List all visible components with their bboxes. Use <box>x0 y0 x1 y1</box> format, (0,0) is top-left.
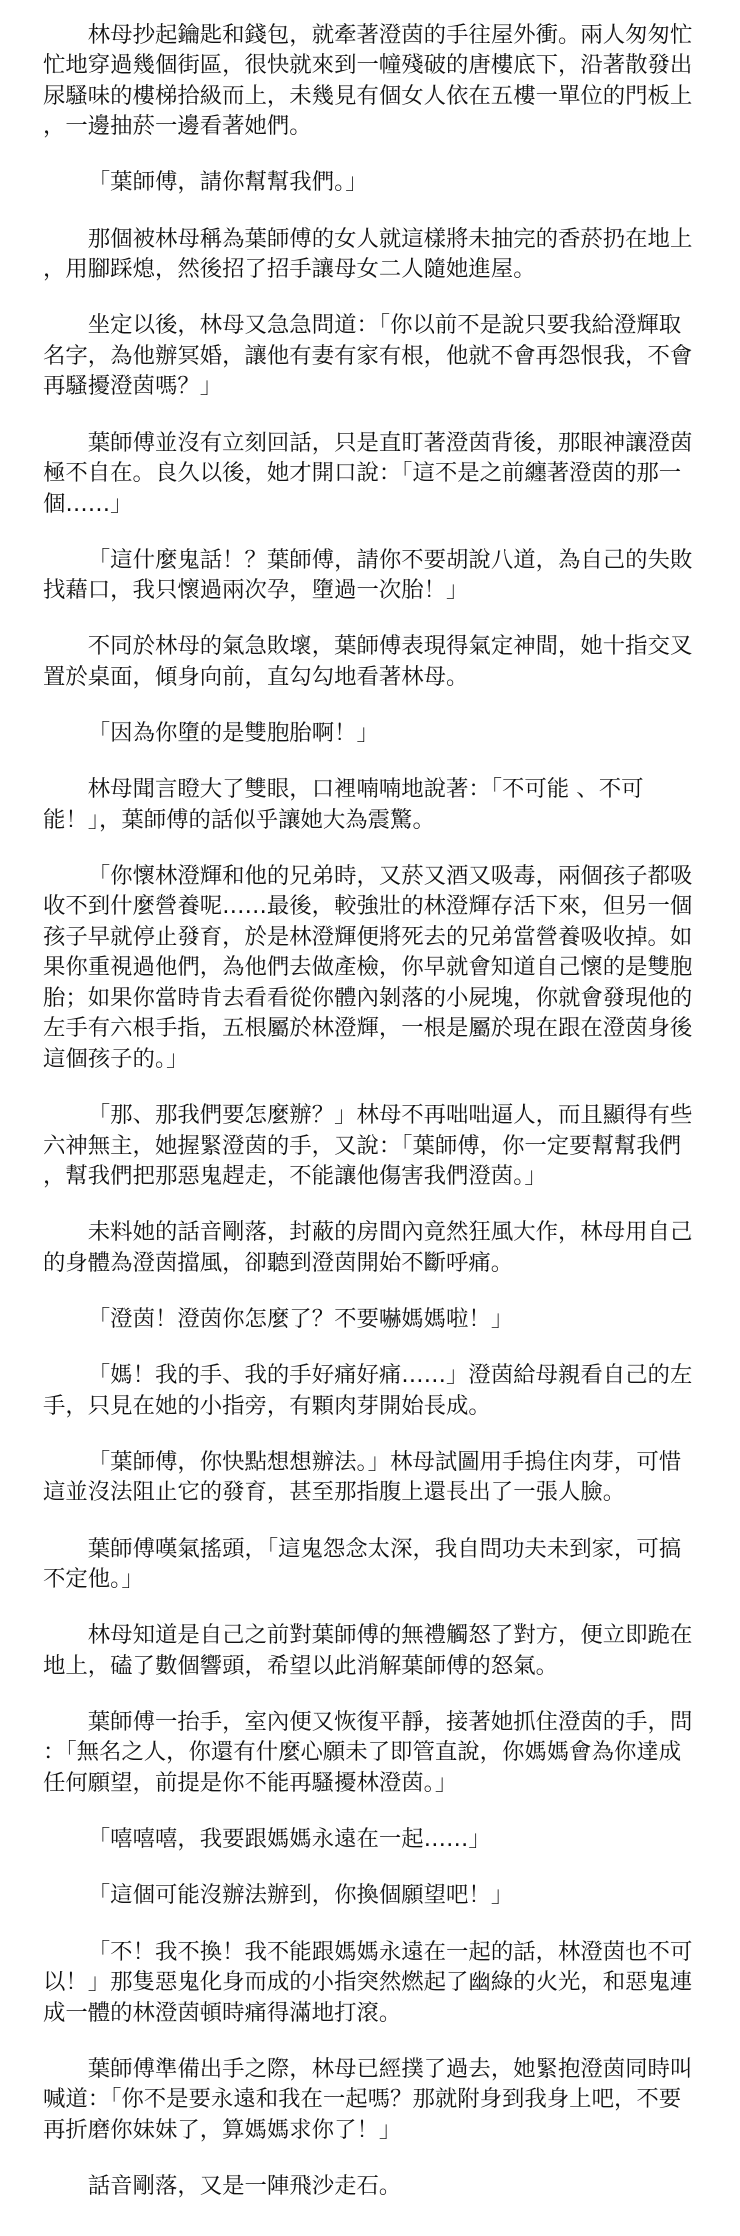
paragraph: 不同於林母的氣急敗壞，葉師傅表現得氣定神間，她十指交叉 置於桌面，傾身向前，直勾… <box>43 631 703 692</box>
paragraph: 「媽！我的手、我的手好痛好痛……」澄茵給母親看自己的左 手，只見在她的小指旁，有… <box>43 1360 703 1421</box>
text-line: 手，只見在她的小指旁，有顆肉芽開始長成。 <box>43 1391 703 1422</box>
text-line: 那個被林母稱為葉師傅的女人就這樣將未抽完的香菸扔在地上 <box>43 224 703 255</box>
paragraph: 「因為你墮的是雙胞胎啊！」 <box>43 718 703 749</box>
paragraph: 未料她的話音剛落，封蔽的房間內竟然狂風大作，林母用自己 的身體為澄茵擋風，卻聽到… <box>43 1217 703 1278</box>
text-line: 名字，為他辦冥婚，讓他有妻有家有根，他就不會再怨恨我，不會 <box>43 341 703 372</box>
paragraph: 那個被林母稱為葉師傅的女人就這樣將未抽完的香菸扔在地上 ，用腳踩熄，然後招了招手… <box>43 224 703 285</box>
paragraph: 「澄茵！澄茵你怎麼了？不要嚇媽媽啦！」 <box>43 1304 703 1335</box>
paragraph: 林母聞言瞪大了雙眼，口裡喃喃地說著：「不可能 、不可 能！」，葉師傅的話似乎讓她… <box>43 774 703 835</box>
text-line: 不同於林母的氣急敗壞，葉師傅表現得氣定神間，她十指交叉 <box>43 631 703 662</box>
text-line: 「葉師傅，請你幫幫我們。」 <box>43 167 703 198</box>
text-line: 以！」那隻惡鬼化身而成的小指突然燃起了幽綠的火光，和惡鬼連 <box>43 1967 703 1998</box>
text-line: 「媽！我的手、我的手好痛好痛……」澄茵給母親看自己的左 <box>43 1360 703 1391</box>
text-line: 葉師傅一抬手，室內便又恢復平靜，接著她抓住澄茵的手，問 <box>43 1707 703 1738</box>
paragraph: 「不！我不換！我不能跟媽媽永遠在一起的話，林澄茵也不可 以！」那隻惡鬼化身而成的… <box>43 1937 703 2029</box>
text-line: 胎；如果你當時肯去看看從你體內剝落的小屍塊，你就會發現他的 <box>43 983 703 1014</box>
text-line: 地上，磕了數個響頭，希望以此消解葉師傅的怒氣。 <box>43 1651 703 1682</box>
text-line: 不定他。」 <box>43 1564 703 1595</box>
paragraph: 坐定以後，林母又急急問道：「你以前不是說只要我給澄輝取 名字，為他辦冥婚，讓他有… <box>43 310 703 402</box>
text-line: 「因為你墮的是雙胞胎啊！」 <box>43 718 703 749</box>
paragraph: 葉師傅嘆氣搖頭，「這鬼怨念太深，我自問功夫未到家，可搞 不定他。」 <box>43 1534 703 1595</box>
text-line: 林母知道是自己之前對葉師傅的無禮觸怒了對方，便立即跪在 <box>43 1620 703 1651</box>
text-line: 「這什麼鬼話！？葉師傅，請你不要胡說八道，為自己的失敗 <box>43 545 703 576</box>
text-line: 「你懷林澄輝和他的兄弟時，又菸又酒又吸毒，兩個孩子都吸 <box>43 861 703 892</box>
paragraph: 「葉師傅，你快點想想辦法。」林母試圖用手摀住肉芽，可惜 這並沒法阻止它的發育，甚… <box>43 1447 703 1508</box>
text-line: 尿騷味的樓梯拾級而上，未幾見有個女人依在五樓一單位的門板上 <box>43 81 703 112</box>
text-line: 忙地穿過幾個街區，很快就來到一幢殘破的唐樓底下，沿著散發出 <box>43 50 703 81</box>
text-line: 葉師傅並沒有立刻回話，只是直盯著澄茵背後，那眼神讓澄茵 <box>43 428 703 459</box>
text-line: 能！」，葉師傅的話似乎讓她大為震驚。 <box>43 805 703 836</box>
text-line: 再折磨你妹妹了，算媽媽求你了！」 <box>43 2115 703 2146</box>
paragraph: 林母知道是自己之前對葉師傅的無禮觸怒了對方，便立即跪在 地上，磕了數個響頭，希望… <box>43 1620 703 1681</box>
paragraph: 林母抄起鑰匙和錢包，就牽著澄茵的手往屋外衝。兩人匆匆忙 忙地穿過幾個街區，很快就… <box>43 20 703 142</box>
paragraph: 話音剛落，又是一陣飛沙走石。 <box>43 2171 703 2202</box>
text-line: 「葉師傅，你快點想想辦法。」林母試圖用手摀住肉芽，可惜 <box>43 1447 703 1478</box>
text-line: 葉師傅嘆氣搖頭，「這鬼怨念太深，我自問功夫未到家，可搞 <box>43 1534 703 1565</box>
text-line: 未料她的話音剛落，封蔽的房間內竟然狂風大作，林母用自己 <box>43 1217 703 1248</box>
paragraph: 「那、那我們要怎麼辦？」林母不再咄咄逼人，而且顯得有些 六神無主，她握緊澄茵的手… <box>43 1100 703 1192</box>
text-line: 林母聞言瞪大了雙眼，口裡喃喃地說著：「不可能 、不可 <box>43 774 703 805</box>
text-line: ，幫我們把那惡鬼趕走，不能讓他傷害我們澄茵。」 <box>43 1161 703 1192</box>
text-line: 「嘻嘻嘻，我要跟媽媽永遠在一起……」 <box>43 1824 703 1855</box>
paragraph: 「你懷林澄輝和他的兄弟時，又菸又酒又吸毒，兩個孩子都吸 收不到什麼營養呢……最後… <box>43 861 703 1075</box>
text-line: 孩子早就停止發育，於是林澄輝便將死去的兄弟當營養吸收掉。如 <box>43 922 703 953</box>
text-line: 左手有六根手指，五根屬於林澄輝，一根是屬於現在跟在澄茵身後 <box>43 1013 703 1044</box>
text-line: 收不到什麼營養呢……最後，較強壯的林澄輝存活下來，但另一個 <box>43 891 703 922</box>
text-line: 成一體的林澄茵頓時痛得滿地打滾。 <box>43 1998 703 2029</box>
paragraph: 「嘻嘻嘻，我要跟媽媽永遠在一起……」 <box>43 1824 703 1855</box>
text-line: 這並沒法阻止它的發育，甚至那指腹上還長出了一張人臉。 <box>43 1477 703 1508</box>
text-line: 六神無主，她握緊澄茵的手，又說：「葉師傅，你一定要幫幫我們 <box>43 1131 703 1162</box>
text-line: ：「無名之人，你還有什麼心願未了即管直說，你媽媽會為你達成 <box>43 1737 703 1768</box>
paragraph: 「這個可能沒辦法辦到，你換個願望吧！」 <box>43 1880 703 1911</box>
text-line: 任何願望，前提是你不能再騷擾林澄茵。」 <box>43 1768 703 1799</box>
text-line: 個……」 <box>43 489 703 520</box>
text-line: ，用腳踩熄，然後招了招手讓母女二人隨她進屋。 <box>43 254 703 285</box>
text-line: 果你重視過他們，為他們去做產檢，你早就會知道自己懷的是雙胞 <box>43 952 703 983</box>
document-page: 林母抄起鑰匙和錢包，就牽著澄茵的手往屋外衝。兩人匆匆忙 忙地穿過幾個街區，很快就… <box>0 0 740 2236</box>
text-line: 「那、那我們要怎麼辦？」林母不再咄咄逼人，而且顯得有些 <box>43 1100 703 1131</box>
text-line: 葉師傅準備出手之際，林母已經撲了過去，她緊抱澄茵同時叫 <box>43 2054 703 2085</box>
text-line: ，一邊抽菸一邊看著她們。 <box>43 111 703 142</box>
text-line: 話音剛落，又是一陣飛沙走石。 <box>43 2171 703 2202</box>
text-line: 這個孩子的。」 <box>43 1044 703 1075</box>
text-line: 「這個可能沒辦法辦到，你換個願望吧！」 <box>43 1880 703 1911</box>
paragraph: 葉師傅並沒有立刻回話，只是直盯著澄茵背後，那眼神讓澄茵 極不自在。良久以後，她才… <box>43 428 703 520</box>
text-line: 再騷擾澄茵嗎？」 <box>43 371 703 402</box>
paragraph: 葉師傅準備出手之際，林母已經撲了過去，她緊抱澄茵同時叫 喊道：「你不是要永遠和我… <box>43 2054 703 2146</box>
text-line: 置於桌面，傾身向前，直勾勾地看著林母。 <box>43 662 703 693</box>
text-line: 「不！我不換！我不能跟媽媽永遠在一起的話，林澄茵也不可 <box>43 1937 703 1968</box>
paragraph: 「葉師傅，請你幫幫我們。」 <box>43 167 703 198</box>
paragraph: 「這什麼鬼話！？葉師傅，請你不要胡說八道，為自己的失敗 找藉口，我只懷過兩次孕，… <box>43 545 703 606</box>
paragraph: 葉師傅一抬手，室內便又恢復平靜，接著她抓住澄茵的手，問 ：「無名之人，你還有什麼… <box>43 1707 703 1799</box>
text-line: 「澄茵！澄茵你怎麼了？不要嚇媽媽啦！」 <box>43 1304 703 1335</box>
text-line: 坐定以後，林母又急急問道：「你以前不是說只要我給澄輝取 <box>43 310 703 341</box>
text-line: 極不自在。良久以後，她才開口說：「這不是之前纏著澄茵的那一 <box>43 458 703 489</box>
text-line: 的身體為澄茵擋風，卻聽到澄茵開始不斷呼痛。 <box>43 1248 703 1279</box>
text-line: 喊道：「你不是要永遠和我在一起嗎？那就附身到我身上吧，不要 <box>43 2084 703 2115</box>
text-line: 林母抄起鑰匙和錢包，就牽著澄茵的手往屋外衝。兩人匆匆忙 <box>43 20 703 51</box>
text-line: 找藉口，我只懷過兩次孕，墮過一次胎！」 <box>43 575 703 606</box>
